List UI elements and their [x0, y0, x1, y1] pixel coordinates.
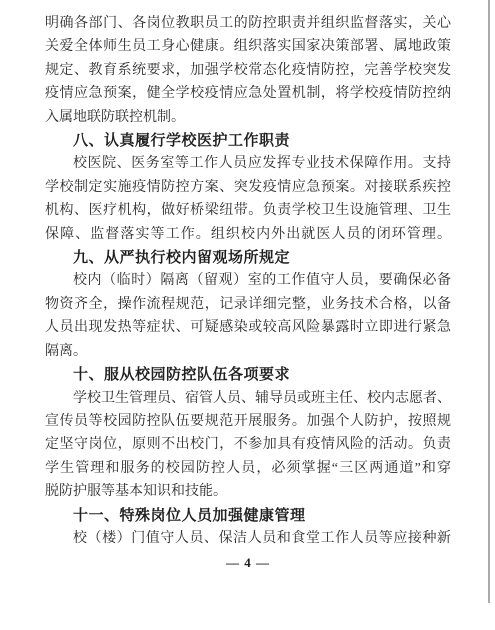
text-line: 学生管理和服务的校园防控人员，必须掌握“三区两通道”和穿	[45, 457, 451, 480]
document-content: 明确各部门、各岗位教职员工的防控职责并组织监督落实，关心 关爱全体师生员工身心健…	[45, 12, 451, 572]
page-number: — 4 —	[45, 554, 451, 572]
paragraph-section-9: 校内（临时）隔离（留观）室的工作值守人员，要确保必备 物资齐全，操作流程规范，记…	[45, 269, 451, 363]
text-line: 校内（临时）隔离（留观）室的工作值守人员，要确保必备	[45, 269, 451, 292]
text-line: 校（楼）门值守人员、保洁人员和食堂工作人员等应接种新	[45, 527, 451, 550]
section-heading-11: 十一、特殊岗位人员加强健康管理	[45, 504, 451, 527]
paragraph-intro-continuation: 明确各部门、各岗位教职员工的防控职责并组织监督落实，关心 关爱全体师生员工身心健…	[45, 12, 451, 129]
text-line: 保障、监督落实等工作。组织校内外出就医人员的闭环管理。	[45, 223, 451, 246]
paragraph-section-10: 学校卫生管理员、宿管人员、辅导员或班主任、校内志愿者、 宣传员等校园防控队伍要规…	[45, 387, 451, 504]
text-line: 疫情应急预案，健全学校疫情应急处置机制，将学校疫情防控纳	[45, 82, 451, 105]
text-line: 关爱全体师生员工身心健康。组织落实国家决策部署、属地政策	[45, 35, 451, 58]
text-line: 隔离。	[45, 340, 451, 363]
text-line: 脱防护服等基本知识和技能。	[45, 480, 451, 503]
text-line: 机构、医疗机构，做好桥梁纽带。负责学校卫生设施管理、卫生	[45, 199, 451, 222]
text-line: 校医院、医务室等工作人员应发挥专业技术保障作用。支持	[45, 152, 451, 175]
text-line: 明确各部门、各岗位教职员工的防控职责并组织监督落实，关心	[45, 12, 451, 35]
section-heading-8: 八、认真履行学校医护工作职责	[45, 129, 451, 152]
section-heading-10: 十、服从校园防控队伍各项要求	[45, 363, 451, 386]
text-line: 规定、教育系统要求，加强学校常态化疫情防控，完善学校突发	[45, 59, 451, 82]
document-page: 明确各部门、各岗位教职员工的防控职责并组织监督落实，关心 关爱全体师生员工身心健…	[0, 0, 495, 630]
text-line: 物资齐全，操作流程规范，记录详细完整，业务技术合格，以备	[45, 293, 451, 316]
text-line: 人员出现发热等症状、可疑感染或较高风险暴露时立即进行紧急	[45, 316, 451, 339]
text-line: 定坚守岗位，原则不出校门，不参加具有疫情风险的活动。负责	[45, 433, 451, 456]
text-line: 学校卫生管理员、宿管人员、辅导员或班主任、校内志愿者、	[45, 387, 451, 410]
paragraph-section-11: 校（楼）门值守人员、保洁人员和食堂工作人员等应接种新	[45, 527, 451, 550]
text-line: 入属地联防联控机制。	[45, 106, 451, 129]
text-line: 宣传员等校园防控队伍要规范开展服务。加强个人防护，按照规	[45, 410, 451, 433]
page-edge-scan-line	[488, 0, 490, 603]
text-line: 学校制定实施疫情防控方案、突发疫情应急预案。对接联系疾控	[45, 176, 451, 199]
paragraph-section-8: 校医院、医务室等工作人员应发挥专业技术保障作用。支持 学校制定实施疫情防控方案、…	[45, 152, 451, 246]
section-heading-9: 九、从严执行校内留观场所规定	[45, 246, 451, 269]
